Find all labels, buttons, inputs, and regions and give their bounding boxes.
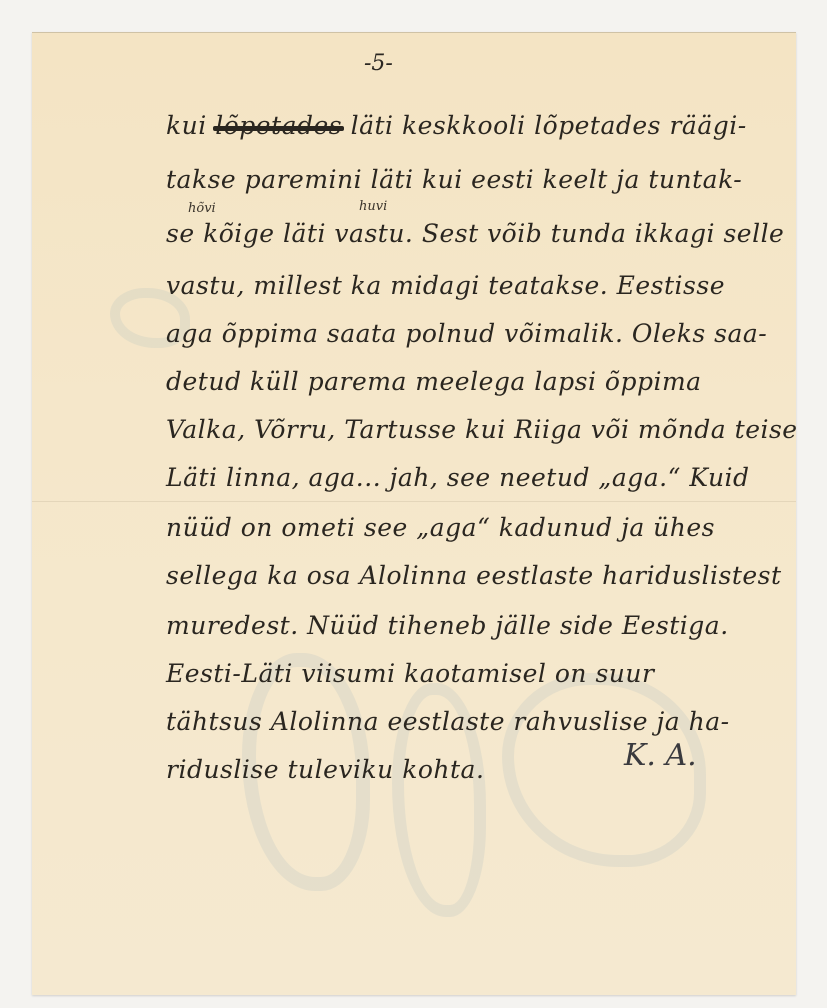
insertion-note: huvi bbox=[359, 199, 387, 214]
text-line-13: tähtsus Alolinna eestlaste rahvuslise ja… bbox=[166, 707, 730, 736]
page-number: -5- bbox=[364, 51, 393, 76]
line-text: võib bbox=[487, 219, 542, 248]
text-line-6: detud küll parema meelega lapsi õppima bbox=[166, 367, 702, 396]
line-text: kõige bbox=[203, 219, 275, 248]
text-line-1: kui lõpetades läti keskkooli lõpetades r… bbox=[166, 111, 747, 140]
text-line-3: se kõige läti vastu. Sest võib tunda ikk… bbox=[166, 219, 784, 248]
text-line-9: nüüd on ometi see „aga“ kadunud ja ühes bbox=[166, 513, 715, 542]
text-line-11: muredest. Nüüd tiheneb jälle side Eestig… bbox=[166, 611, 729, 640]
text-line-7: Valka, Võrru, Tartusse kui Riiga või mõn… bbox=[166, 415, 798, 444]
manuscript-page: -5- kui lõpetades läti keskkooli lõpetad… bbox=[32, 32, 796, 995]
line-text: läti keskkooli lõpetades räägi- bbox=[342, 111, 747, 140]
text-line-2: takse paremini läti kui eesti keelt ja t… bbox=[166, 165, 742, 194]
struck-out-word: lõpetades bbox=[215, 111, 342, 140]
text-line-4: vastu, millest ka midagi teatakse. Eesti… bbox=[166, 271, 725, 300]
line-text: läti vastu. Sest bbox=[275, 219, 487, 248]
insertion-note: hõvi bbox=[188, 201, 216, 216]
paper-fold-crease bbox=[32, 501, 796, 502]
line-text: se bbox=[166, 219, 203, 248]
text-line-14: riduslise tuleviku kohta. bbox=[166, 755, 484, 784]
text-line-8: Läti linna, aga... jah, see neetud „aga.… bbox=[166, 463, 750, 492]
signature-initials: K. A. bbox=[624, 738, 697, 773]
text-line-5: aga õppima saata polnud võimalik. Oleks … bbox=[166, 319, 767, 348]
text-line-10: sellega ka osa Alolinna eestlaste haridu… bbox=[166, 561, 782, 590]
text-line-12: Eesti-Läti viisumi kaotamisel on suur bbox=[166, 659, 654, 688]
line-text: kui bbox=[166, 111, 215, 140]
line-text: tunda ikkagi selle bbox=[542, 219, 784, 248]
